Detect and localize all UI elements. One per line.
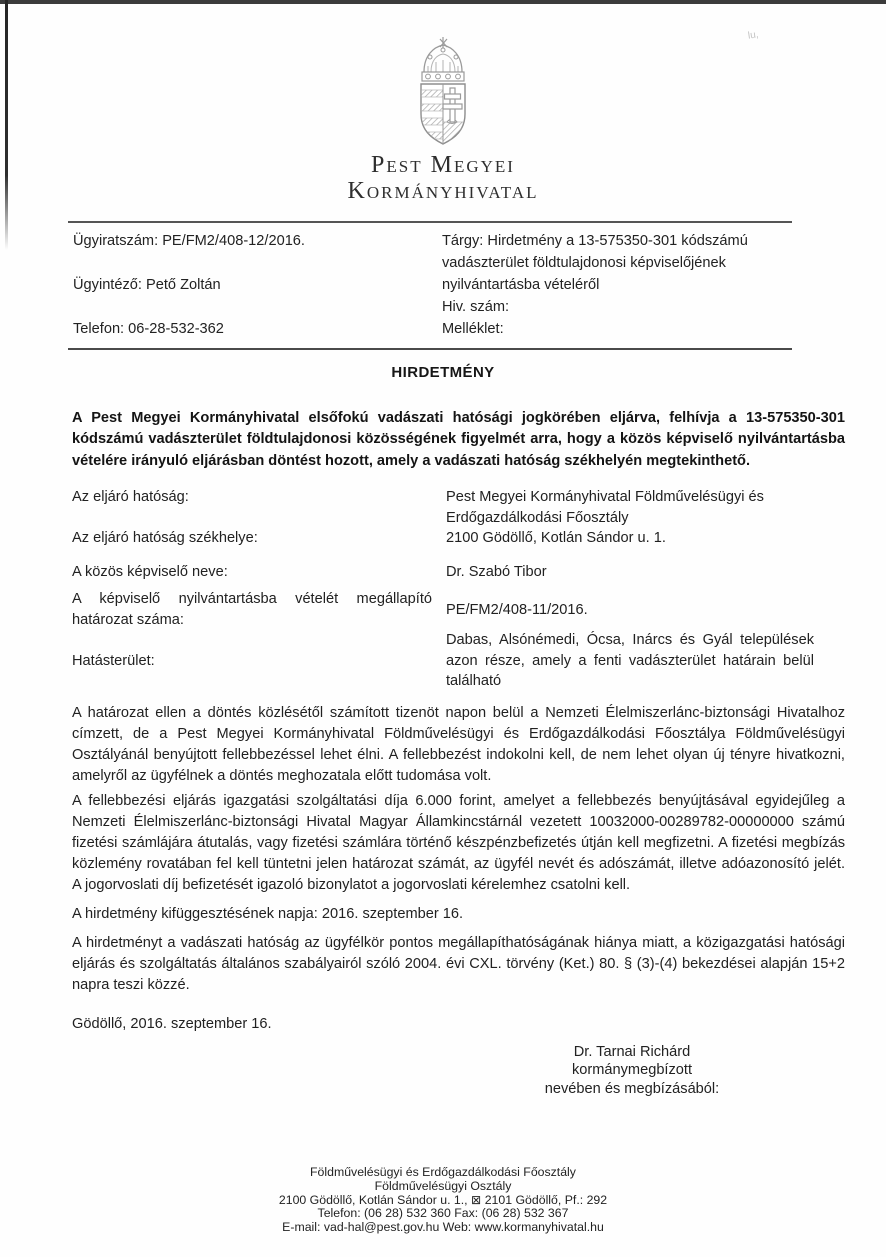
document-title: HIRDETMÉNY (0, 364, 886, 381)
detail-row-decision-number: A képviselő nyilvántartásba vételét megá… (72, 589, 845, 630)
reference-block: Ügyiratszám: PE/FM2/408-12/2016. Ügyinté… (68, 221, 792, 350)
detail-label: A képviselő nyilvántartásba vételét megá… (72, 589, 446, 630)
detail-value: Dr. Szabó Tibor (446, 562, 845, 583)
footer-department: Földművelésügyi és Erdőgazdálkodási Főos… (0, 1166, 886, 1180)
posting-date-line: A hirdetmény kifüggesztésének napja: 201… (72, 904, 845, 925)
detail-label: A közös képviselő neve: (72, 562, 446, 583)
phone-number: Telefon: 06-28-532-362 (73, 318, 442, 340)
detail-row-affected-area: Hatásterület: Dabas, Alsónémedi, Ócsa, I… (72, 630, 845, 692)
scanned-document-page: lu, (0, 0, 886, 1257)
signatory-name: Dr. Tarnai Richárd (482, 1043, 782, 1062)
detail-row-authority: Az eljáró hatóság: Pest Megyei Kormányhi… (72, 487, 845, 528)
organization-name-line2: Kormányhivatal (0, 179, 886, 205)
detail-label: Az eljáró hatóság: (72, 487, 446, 528)
appeal-paragraph: A határozat ellen a döntés közlésétől sz… (72, 703, 845, 787)
signatory-role: kormánymegbízott (482, 1061, 782, 1080)
reference-number-label: Hiv. szám: (442, 296, 792, 318)
organization-name: Pest Megyei Kormányhivatal (0, 153, 886, 205)
subject-line: Tárgy: Hirdetmény a 13-575350-301 kódszá… (442, 230, 792, 252)
detail-value: Pest Megyei Kormányhivatal Földművelésüg… (446, 487, 845, 528)
detail-value: Dabas, Alsónémedi, Ócsa, Inárcs és Gyál … (446, 630, 814, 692)
scan-artifact-left-line (5, 0, 8, 250)
subject-line: vadászterület földtulajdonosi képviselőj… (442, 252, 792, 274)
detail-row-authority-seat: Az eljáró hatóság székhelye: 2100 Gödöll… (72, 528, 845, 549)
publication-paragraph: A hirdetményt a vadászati hatóság az ügy… (72, 933, 845, 996)
fee-paragraph: A fellebbezési eljárás igazgatási szolgá… (72, 791, 845, 896)
signature-block: Dr. Tarnai Richárd kormánymegbízott nevé… (482, 1043, 782, 1099)
signature-on-behalf: nevében és megbízásából: (482, 1080, 782, 1099)
case-officer: Ügyintéző: Pető Zoltán (73, 274, 442, 296)
footer-phone-fax: Telefon: (06 28) 532 360 Fax: (06 28) 53… (0, 1207, 886, 1221)
case-number: Ügyiratszám: PE/FM2/408-12/2016. (73, 230, 442, 252)
attachment-label: Melléklet: (442, 318, 792, 340)
city-date-line: Gödöllő, 2016. szeptember 16. (72, 1014, 845, 1035)
reference-left-column: Ügyiratszám: PE/FM2/408-12/2016. Ügyinté… (68, 230, 442, 340)
footer-email-web: E-mail: vad-hal@pest.gov.hu Web: www.kor… (0, 1221, 886, 1235)
intro-paragraph: A Pest Megyei Kormányhivatal elsőfokú va… (72, 408, 845, 473)
detail-value: 2100 Gödöllő, Kotlán Sándor u. 1. (446, 528, 845, 549)
scan-artifact-smudge: lu, (747, 29, 759, 41)
reference-right-column: Tárgy: Hirdetmény a 13-575350-301 kódszá… (442, 230, 792, 340)
detail-value: PE/FM2/408-11/2016. (446, 600, 845, 621)
hungarian-coat-of-arms-icon (395, 36, 491, 148)
detail-row-representative-name: A közös képviselő neve: Dr. Szabó Tibor (72, 562, 845, 583)
detail-label: Az eljáró hatóság székhelye: (72, 528, 446, 549)
subject-line: nyilvántartásba vételéről (442, 274, 792, 296)
footer-division: Földművelésügyi Osztály (0, 1180, 886, 1194)
document-footer: Földművelésügyi és Erdőgazdálkodási Főos… (0, 1166, 886, 1235)
footer-address: 2100 Gödöllő, Kotlán Sándor u. 1., ⊠ 210… (0, 1194, 886, 1208)
organization-name-line1: Pest Megyei (0, 153, 886, 179)
details-table: Az eljáró hatóság: Pest Megyei Kormányhi… (72, 487, 845, 692)
scan-artifact-top-bar (0, 0, 886, 4)
detail-label: Hatásterület: (72, 651, 446, 672)
